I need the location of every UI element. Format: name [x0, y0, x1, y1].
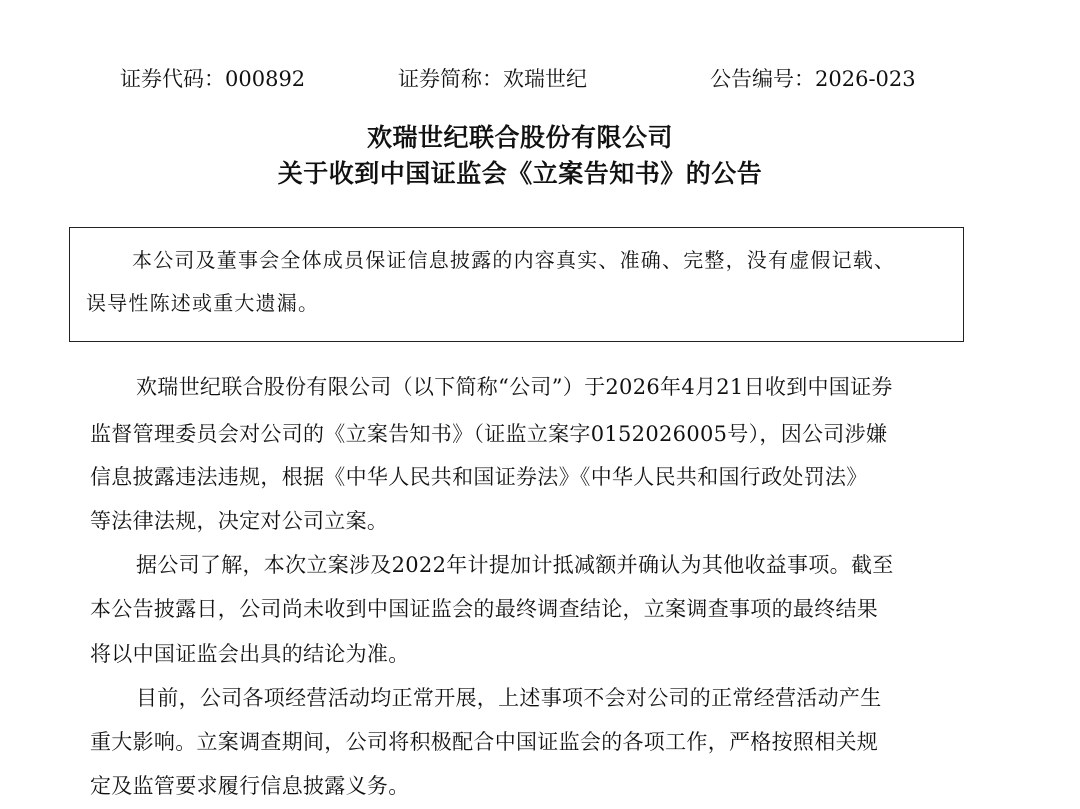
disclaimer-line: 误导性陈述或重大遗漏。 [86, 288, 319, 318]
company-title: 欢瑞世纪联合股份有限公司 [0, 120, 1040, 156]
paragraph-line: 据公司了解，本次立案涉及2022年计提加计抵减额并确认为其他收益事项。截至 [136, 550, 894, 580]
stock-code: 证券代码：000892 [120, 62, 305, 96]
disclaimer-box: 本公司及董事会全体成员保证信息披露的内容真实、准确、完整，没有虚假记载、 误导性… [69, 227, 964, 342]
paragraph-line: 信息披露违法违规，根据《中华人民共和国证券法》《中华人民共和国行政处罚法》 [90, 462, 868, 492]
stock-code-label: 证券代码： [120, 67, 225, 91]
announcement-number: 公告编号：2026-023 [710, 62, 916, 96]
stock-abbr-label: 证券简称： [398, 67, 503, 91]
paragraph-line: 监督管理委员会对公司的《立案告知书》（证监立案字0152026005号），因公司… [90, 419, 887, 449]
paragraph-line: 目前，公司各项经营活动均正常开展，上述事项不会对公司的正常经营活动产生 [136, 683, 882, 713]
announcement-title: 关于收到中国证监会《立案告知书》的公告 [0, 156, 1040, 192]
paragraph-line: 本公告披露日，公司尚未收到中国证监会的最终调查结论，立案调查事项的最终结果 [90, 594, 878, 624]
announcement-no-label: 公告编号： [710, 67, 815, 91]
paragraph-line: 等法律法规，决定对公司立案。 [90, 506, 388, 536]
document-header: 证券代码：000892 证券简称：欢瑞世纪 公告编号：2026-023 [0, 62, 1080, 96]
disclaimer-line: 本公司及董事会全体成员保证信息披露的内容真实、准确、完整，没有虚假记载、 [132, 245, 895, 275]
paragraph-line: 定及监管要求履行信息披露义务。 [90, 771, 410, 801]
paragraph-line: 将以中国证监会出具的结论为准。 [90, 639, 410, 669]
stock-abbr-value: 欢瑞世纪 [503, 67, 587, 91]
stock-abbreviation: 证券简称：欢瑞世纪 [398, 62, 587, 96]
announcement-no-value: 2026-023 [815, 67, 916, 91]
paragraph-line: 欢瑞世纪联合股份有限公司（以下简称“公司”）于2026年4月21日收到中国证券 [136, 372, 893, 402]
stock-code-value: 000892 [225, 67, 305, 91]
paragraph-line: 重大影响。立案调查期间，公司将积极配合中国证监会的各项工作，严格按照相关规 [90, 727, 878, 757]
